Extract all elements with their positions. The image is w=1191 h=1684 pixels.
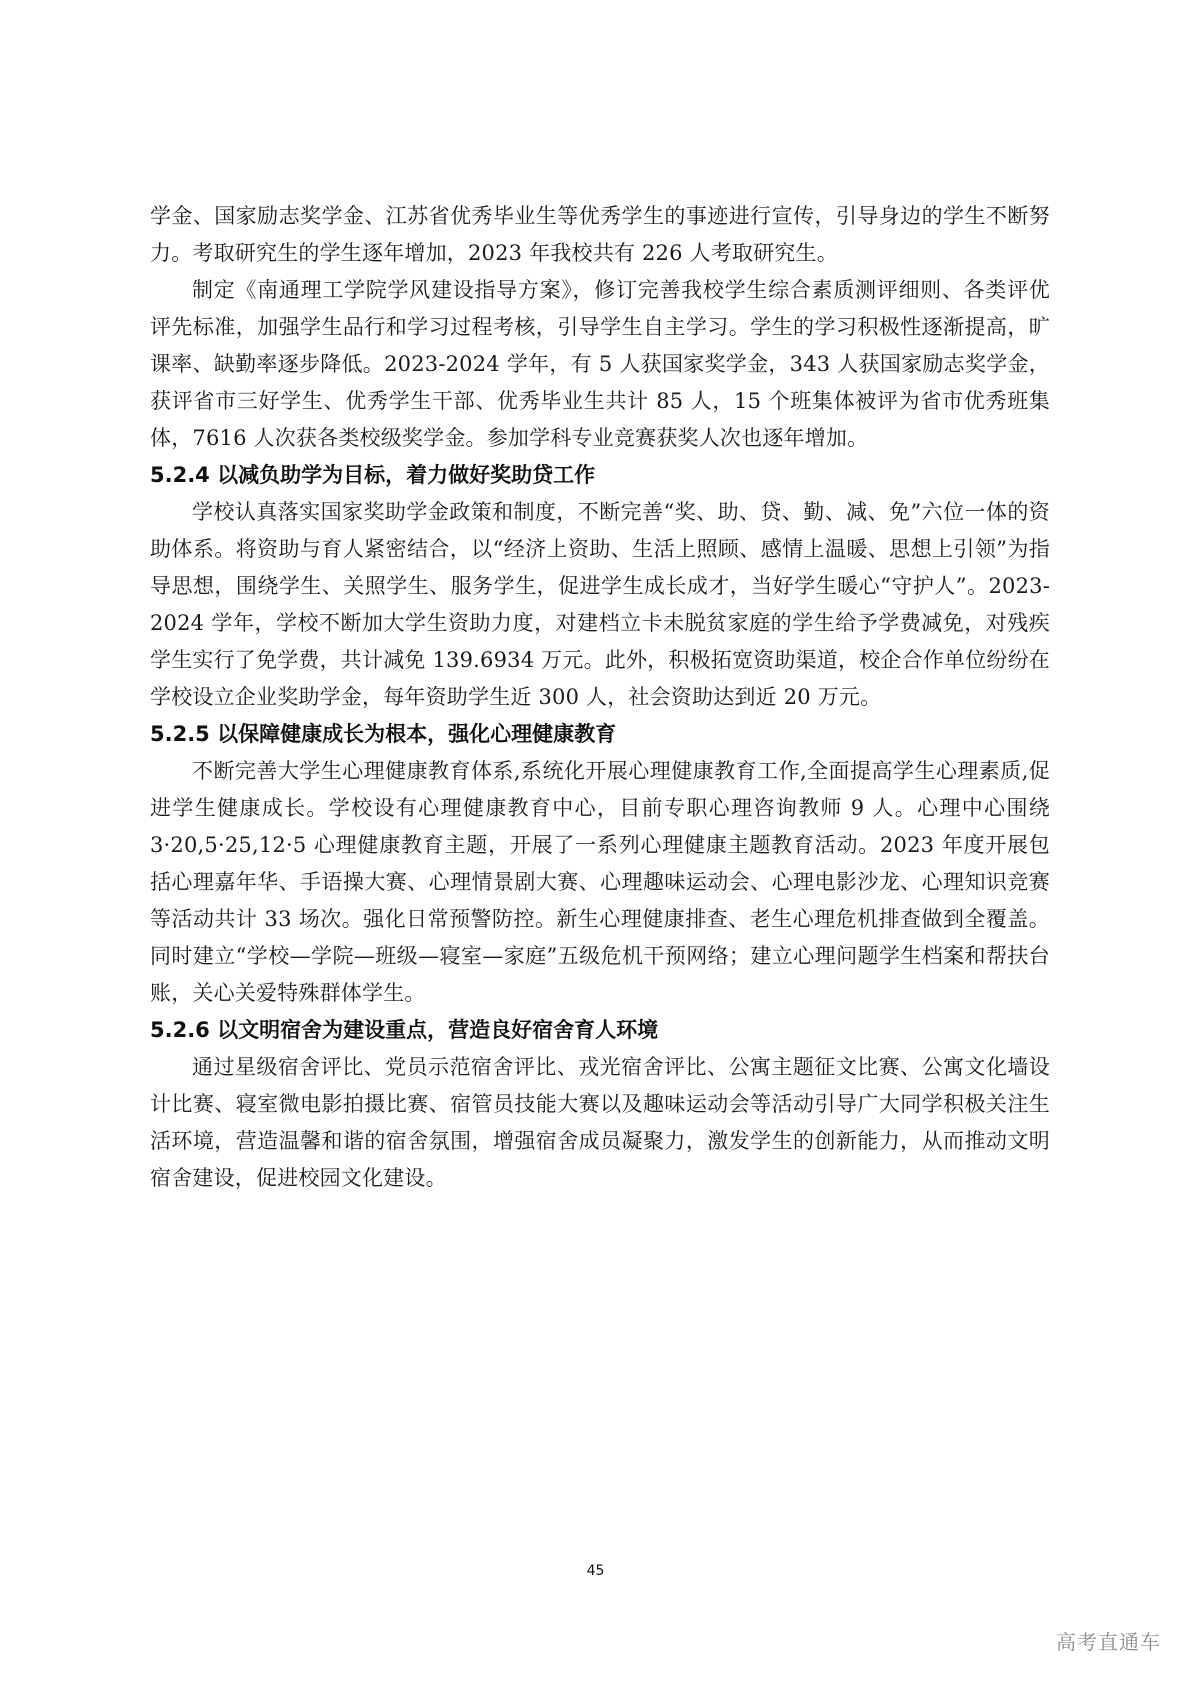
section-heading-5-2-5: 5.2.5 以保障健康成长为根本，强化心理健康教育 [150,716,1050,753]
paragraph-dormitory: 通过星级宿舍评比、党员示范宿舍评比、戎光宿舍评比、公寓主题征文比赛、公寓文化墙设… [150,1049,1050,1197]
paragraph-financial-aid: 学校认真落实国家奖助学金政策和制度，不断完善“奖、助、贷、勤、减、免”六位一体的… [150,494,1050,716]
page-number: 45 [0,1563,1191,1579]
section-heading-5-2-4: 5.2.4 以减负助学为目标，着力做好奖助贷工作 [150,457,1050,494]
paragraph-study-style: 制定《南通理工学院学风建设指导方案》，修订完善我校学生综合素质测评细则、各类评优… [150,272,1050,457]
watermark-text: 高考直通车 [1056,1626,1161,1655]
paragraph-award-publicity: 学金、国家励志奖学金、江苏省优秀毕业生等优秀学生的事迹进行宣传，引导身边的学生不… [150,198,1050,272]
section-heading-5-2-6: 5.2.6 以文明宿舍为建设重点，营造良好宿舍育人环境 [150,1012,1050,1049]
document-body: 学金、国家励志奖学金、江苏省优秀毕业生等优秀学生的事迹进行宣传，引导身边的学生不… [150,198,1050,1197]
paragraph-mental-health: 不断完善大学生心理健康教育体系,系统化开展心理健康教育工作,全面提高学生心理素质… [150,753,1050,1012]
